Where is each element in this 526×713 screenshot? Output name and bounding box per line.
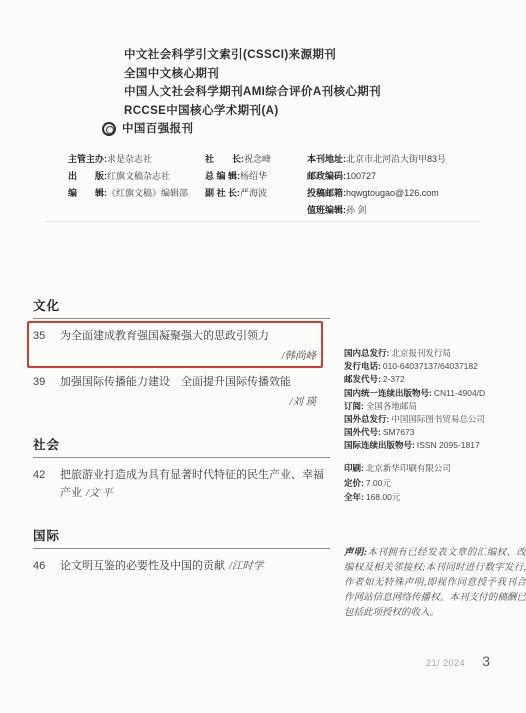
info-label: 发行电话:: [344, 361, 381, 371]
masthead-col-right: 本刊地址:北京市北河沿大街甲83号 邮政编码:100727 投稿邮箱:hqwgt…: [307, 151, 518, 219]
table-of-contents: 文化 35 为全面建成教育强国凝聚强大的思政引领力 /韩尚峰 39 加强国际传播…: [33, 296, 330, 585]
masthead-label: 出 版:: [68, 171, 107, 181]
masthead-label: 值班编辑:: [307, 205, 346, 215]
journal-contents-page: 中文社会科学引文索引(CSSCI)来源期刊 全国中文核心期刊 中国人文社会科学期…: [0, 0, 526, 713]
info-line: 国外总发行:中国国际图书贸易总公司: [344, 413, 524, 426]
toc-item-author: /刘 瑛: [60, 392, 330, 412]
info-label: 国外总发行:: [344, 414, 389, 424]
masthead-value: 100727: [346, 171, 376, 181]
masthead-line: 本刊地址:北京市北河沿大街甲83号: [307, 151, 518, 168]
info-line: 国内统一连续出版物号:CN11-4904/D: [344, 387, 524, 400]
masthead-line: 投稿邮箱:hqwgtougao@126.com: [307, 185, 518, 202]
honors-list: 中文社会科学引文索引(CSSCI)来源期刊 全国中文核心期刊 中国人文社会科学期…: [124, 46, 381, 139]
masthead-col-left: 主管主办:求是杂志社 出 版:红旗文稿杂志社 编 辑:《红旗文稿》编辑部: [68, 151, 205, 219]
toc-section-title: 国际: [33, 526, 330, 549]
masthead-line: 编 辑:《红旗文稿》编辑部: [68, 185, 205, 202]
info-line: 发行电话:010-64037137/64037182: [344, 360, 524, 373]
toc-page-number: 42: [33, 467, 60, 502]
masthead-label: 主管主办:: [68, 154, 107, 164]
masthead-col-middle: 社 长:祝念峰 总 编 辑:杨绍华 副 社 长:严海波: [205, 151, 307, 219]
toc-item: 39 加强国际传播能力建设 全面提升国际传播效能 /刘 瑛: [33, 374, 330, 411]
toc-page-number: 39: [33, 374, 60, 411]
masthead-line: 主管主办:求是杂志社: [68, 151, 205, 168]
toc-item-author: /韩尚峰: [60, 346, 330, 366]
honor-line-rccse: RCCSE中国核心学术期刊(A): [124, 102, 381, 121]
masthead: 主管主办:求是杂志社 出 版:红旗文稿杂志社 编 辑:《红旗文稿》编辑部 社 长…: [68, 151, 518, 219]
masthead-line: 总 编 辑:杨绍华: [205, 168, 307, 185]
info-line: 国内总发行:北京报刊发行局: [344, 347, 524, 360]
toc-item-body: 为全面建成教育强国凝聚强大的思政引领力 /韩尚峰: [60, 328, 330, 365]
masthead-value: 红旗文稿杂志社: [107, 171, 170, 181]
toc-section-title: 文化: [33, 296, 330, 319]
info-label: 定价:: [344, 478, 364, 488]
info-value: 北京新华印刷有限公司: [366, 463, 451, 473]
honor-line-ami: 中国人文社会科学期刊AMI综合评价A刊核心期刊: [124, 83, 381, 102]
info-line: 印刷:北京新华印刷有限公司: [344, 461, 524, 476]
masthead-label: 副 社 长:: [205, 188, 240, 198]
statement-text: 本刊拥有已经发表文章的汇编权、改编权及相关邻接权;本刊同时进行数字发行,作者如无…: [344, 548, 526, 618]
toc-item-title: 为全面建成教育强国凝聚强大的思政引领力: [60, 328, 330, 346]
toc-section-society: 社会 42 把旅游业打造成为具有显著时代特征的民生产业、幸福产业/文 平: [33, 435, 330, 502]
toc-item-body: 把旅游业打造成为具有显著时代特征的民生产业、幸福产业/文 平: [60, 467, 330, 502]
honor-line-core-journal: 全国中文核心期刊: [124, 65, 381, 84]
info-line: 国外代号:SM7673: [344, 426, 524, 439]
page-footer: 21/ 2024 3: [366, 653, 490, 669]
info-label: 国内统一连续出版物号:: [344, 388, 432, 398]
masthead-value: 北京市北河沿大街甲83号: [346, 154, 446, 164]
statement-label: 声明:: [344, 548, 367, 558]
masthead-line: 社 长:祝念峰: [205, 151, 307, 168]
page-number: 3: [482, 653, 490, 669]
toc-item: 46 论文明互鉴的必要性及中国的贡献/江时学: [33, 558, 330, 576]
copyright-statement: 声明:本刊拥有已经发表文章的汇编权、改编权及相关邻接权;本刊同时进行数字发行,作…: [344, 546, 526, 621]
masthead-label: 本刊地址:: [307, 154, 346, 164]
toc-item: 42 把旅游业打造成为具有显著时代特征的民生产业、幸福产业/文 平: [33, 467, 330, 502]
issue-number: 21/ 2024: [426, 658, 465, 668]
info-value: 北京报刊发行局: [391, 348, 451, 358]
info-value: ISSN 2095-1817: [417, 440, 480, 450]
info-value: 010-64037137/64037182: [383, 361, 478, 371]
info-line: 定价:7.00元: [344, 476, 524, 491]
info-label: 国内总发行:: [344, 348, 389, 358]
toc-section-title: 社会: [33, 435, 330, 458]
masthead-value: 祝念峰: [244, 154, 271, 164]
divider-line: [45, 221, 481, 222]
toc-item-body: 论文明互鉴的必要性及中国的贡献/江时学: [60, 558, 330, 576]
publication-info: 国内总发行:北京报刊发行局 发行电话:010-64037137/64037182…: [344, 347, 524, 453]
toc-page-number: 46: [33, 558, 60, 576]
toc-section-culture: 文化 35 为全面建成教育强国凝聚强大的思政引领力 /韩尚峰 39 加强国际传播…: [33, 296, 330, 411]
masthead-label: 编 辑:: [68, 188, 107, 198]
honor-badge-label: 中国百强报刊: [122, 120, 193, 139]
info-value: 全国各地邮局: [366, 401, 417, 411]
info-value: SM7673: [383, 427, 415, 437]
honor-badge-row: 中国百强报刊: [102, 120, 381, 139]
info-label: 订阅:: [344, 401, 364, 411]
masthead-value: 孙 剑: [346, 205, 367, 215]
toc-section-international: 国际 46 论文明互鉴的必要性及中国的贡献/江时学: [33, 526, 330, 576]
info-label: 印刷:: [344, 463, 364, 473]
hundred-strong-seal-icon: [102, 122, 116, 136]
info-line: 邮发代号:2-372: [344, 373, 524, 386]
info-label: 国外代号:: [344, 427, 381, 437]
masthead-value: 严海波: [240, 188, 267, 198]
info-label: 国际连续出版物号:: [344, 440, 415, 450]
info-value: 中国国际图书贸易总公司: [391, 414, 485, 424]
masthead-line: 邮政编码:100727: [307, 168, 518, 185]
toc-item-title: 加强国际传播能力建设 全面提升国际传播效能: [60, 374, 330, 392]
info-line: 订阅:全国各地邮局: [344, 400, 524, 413]
honor-line-cssci: 中文社会科学引文索引(CSSCI)来源期刊: [124, 46, 381, 65]
toc-item-author: /文 平: [86, 488, 113, 499]
toc-item-body: 加强国际传播能力建设 全面提升国际传播效能 /刘 瑛: [60, 374, 330, 411]
info-value: 2-372: [383, 374, 405, 384]
masthead-label: 邮政编码:: [307, 171, 346, 181]
masthead-line: 副 社 长:严海波: [205, 185, 307, 202]
info-value: 168.00元: [366, 492, 401, 502]
masthead-line: 出 版:红旗文稿杂志社: [68, 168, 205, 185]
info-value: 7.00元: [366, 478, 391, 488]
masthead-value: 求是杂志社: [107, 154, 152, 164]
info-line: 全年:168.00元: [344, 490, 524, 505]
info-line: 国际连续出版物号:ISSN 2095-1817: [344, 439, 524, 452]
info-label: 全年:: [344, 492, 364, 502]
toc-item: 35 为全面建成教育强国凝聚强大的思政引领力 /韩尚峰: [33, 328, 330, 365]
toc-page-number: 35: [33, 328, 60, 365]
masthead-email: hqwgtougao@126.com: [346, 188, 439, 198]
masthead-label: 投稿邮箱:: [307, 188, 346, 198]
info-value: CN11-4904/D: [434, 388, 485, 398]
masthead-label: 总 编 辑:: [205, 171, 240, 181]
masthead-line: 值班编辑:孙 剑: [307, 202, 518, 219]
toc-item-author: /江时学: [229, 561, 263, 572]
toc-item-title: 论文明互鉴的必要性及中国的贡献: [60, 560, 225, 572]
masthead-label: 社 长:: [205, 154, 244, 164]
info-label: 邮发代号:: [344, 374, 381, 384]
masthead-value: 杨绍华: [240, 171, 267, 181]
masthead-value: 《红旗文稿》编辑部: [107, 188, 188, 198]
pricing-info: 印刷:北京新华印刷有限公司 定价:7.00元 全年:168.00元: [344, 461, 524, 505]
